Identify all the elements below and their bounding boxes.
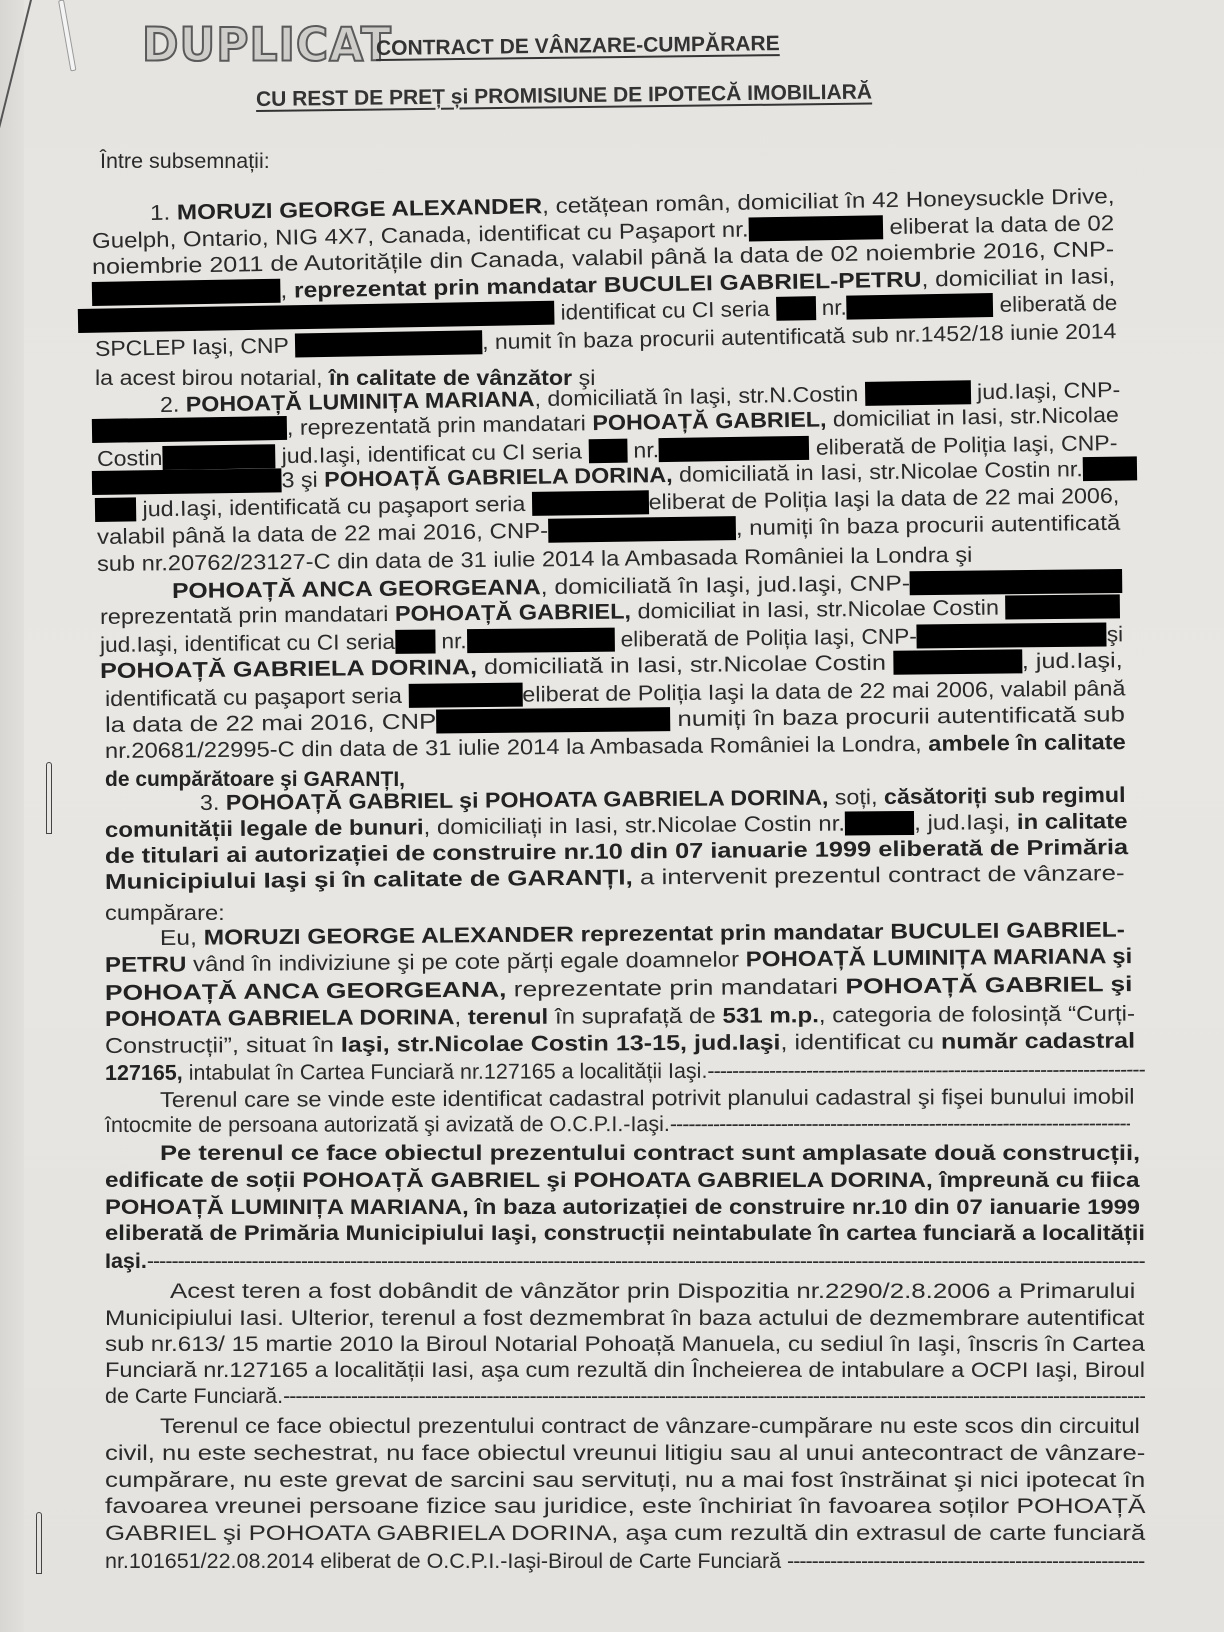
bold-text: PETRU	[105, 952, 187, 977]
text: eliberat de Poliția Iaşi la data de 22 m…	[648, 484, 1119, 515]
text: identificat cu CI seria	[554, 297, 776, 325]
contract-line: Municipiului Iasi. Ulterior, terenul a f…	[105, 1305, 1144, 1331]
text: Funciară nr.127165 a localității Iasi, a…	[105, 1358, 1145, 1382]
text: ,	[454, 1005, 468, 1029]
text: de Carte Funciară.	[105, 1384, 283, 1408]
contract-line: Funciară nr.127165 a localității Iasi, a…	[105, 1357, 1145, 1383]
redaction-box	[162, 444, 275, 470]
duplicate-stamp: DUPLICAT	[142, 19, 392, 73]
bold-text: POHOAȚĂ ANCA GEORGEANA,	[105, 977, 507, 1005]
text: , domiciliați in Iasi, str.Nicolae Costi…	[424, 812, 846, 840]
text: domiciliat in Iasi, str.Nicolae Costin	[631, 596, 1006, 624]
text: Construcții”, situat în	[105, 1033, 341, 1058]
redaction-box	[776, 296, 816, 321]
contract-line: eliberată de Primăria Municipiului Iaşi,…	[105, 1220, 1145, 1246]
redaction-box	[532, 490, 649, 516]
text: la data de 22 mai 2016, CNP	[105, 710, 437, 737]
redaction-box	[92, 416, 287, 443]
bold-text: POHOAȚĂ GABRIELA DORINA,	[324, 463, 673, 492]
contract-line: civil, nu este sechestrat, nu face obiec…	[105, 1440, 1145, 1466]
bold-text: POHOAȚĂ GABRIEL,	[592, 407, 826, 435]
text: civil, nu este sechestrat, nu face obiec…	[105, 1441, 1145, 1465]
text: a intervenit prezentul contract de vânza…	[633, 861, 1125, 889]
redaction-box	[95, 497, 136, 522]
dash-filler: ----------------------------------------…	[787, 1548, 1145, 1574]
text: 1.	[150, 201, 177, 225]
text: , identificat cu	[780, 1030, 941, 1055]
redaction-box	[408, 683, 522, 708]
redaction-box	[92, 279, 281, 306]
text: întocmite de persoana autorizată şi aviz…	[105, 1112, 670, 1137]
bold-text: POHOAȚĂ GABRIELA DORINA,	[100, 655, 477, 683]
contract-line: întocmite de persoana autorizată şi aviz…	[105, 1110, 1130, 1138]
contract-line: Pe terenul ce face obiectul prezentului …	[160, 1140, 1140, 1166]
bold-text: POHOAȚĂ GABRIEL şi	[845, 972, 1132, 999]
contract-line: sub nr.613/ 15 martie 2010 la Biroul Not…	[105, 1331, 1145, 1357]
text: reprezentate prin mandatari	[506, 975, 845, 1002]
text: eliberat la data de 02	[883, 211, 1115, 239]
dash-filler: ----------------------------------------…	[707, 1056, 1145, 1084]
dash-filler: ----------------------------------------…	[670, 1110, 1130, 1137]
redaction-box	[588, 439, 627, 464]
text: soți,	[828, 785, 884, 809]
margin-pen-mark	[36, 1512, 42, 1574]
text: nr.101651/22.08.2014 eliberat de O.C.P.I…	[105, 1549, 787, 1573]
contract-line: edificate de soții POHOAȚĂ GABRIEL şi PO…	[105, 1167, 1139, 1193]
bold-text: Iaşi, str.Nicolae Costin 13-15, jud.Iaşi	[341, 1030, 781, 1056]
text: eliberată de Poliția Iaşi, CNP-	[614, 624, 917, 651]
contract-line: POHOAȚĂ LUMINIȚA MARIANA, în baza autori…	[105, 1194, 1140, 1220]
redaction-box	[845, 811, 914, 836]
contract-line: GABRIEL şi POHOATA GABRIELA DORINA, aşa …	[105, 1520, 1145, 1546]
redaction-box	[659, 436, 810, 462]
redaction-box	[1005, 594, 1120, 619]
text: valabil până la data de 22 mai 2016, CNP…	[97, 519, 549, 549]
text: nr.	[435, 629, 467, 653]
contract-line: Iaşi.-----------------------------------…	[105, 1248, 1145, 1274]
contract-line: POHOATA GABRIELA DORINA, terenul în supr…	[105, 1001, 1135, 1032]
bold-text: POHOAȚĂ GABRIEL şi POHOATA GABRIELA DORI…	[226, 786, 829, 815]
text: intabulat în Cartea Funciară nr.127165 a…	[183, 1059, 708, 1085]
text: şi	[1107, 622, 1124, 646]
text: , reprezentată prin mandatari	[287, 411, 593, 440]
bold-text: Pe terenul ce face obiectul prezentului …	[160, 1141, 1140, 1165]
bold-text: POHOAȚĂ GABRIEL,	[395, 599, 631, 625]
bold-text: in calitate	[1017, 809, 1128, 834]
dash-filler: ----------------------------------------…	[283, 1383, 1145, 1409]
bold-text: număr cadastral	[941, 1029, 1135, 1054]
text: identificată cu paşaport seria	[105, 684, 409, 711]
redaction-box	[548, 516, 736, 543]
text: Terenul ce face obiectul prezentului con…	[160, 1414, 1140, 1438]
text: jud.Iaşi, CNP-	[970, 378, 1120, 404]
text: reprezentată prin mandatari	[100, 602, 395, 629]
bold-text: Municipiului Iaşi şi în calitate de GARA…	[105, 865, 633, 894]
text: domiciliat in Iasi, str.Nicolae	[826, 403, 1119, 432]
text: favoarea vreunei persoane fizice sau jur…	[105, 1494, 1145, 1518]
intro-text: Între subsemnații:	[100, 148, 270, 174]
bold-text: POHOAȚĂ ANCA GEORGEANA	[172, 575, 541, 603]
contract-line: Acest teren a fost dobândit de vânzător …	[170, 1278, 1135, 1304]
bold-text: POHOAȚĂ LUMINIȚA MARIANA şi	[746, 944, 1133, 971]
contract-line: nr.101651/22.08.2014 eliberat de O.C.P.I…	[105, 1548, 1145, 1574]
text: , domiciliat in Iasi,	[921, 264, 1115, 291]
redaction-box	[436, 707, 670, 733]
text: numiți în baza procurii autentificată su…	[670, 702, 1125, 731]
contract-line: cumpărare:	[105, 900, 225, 926]
text: GABRIEL şi POHOATA GABRIELA DORINA, aşa …	[105, 1521, 1145, 1545]
contract-line: favoarea vreunei persoane fizice sau jur…	[105, 1493, 1145, 1519]
bold-text: comunității legale de bunuri	[105, 815, 424, 842]
bold-text: căsătoriți sub regimul	[884, 783, 1126, 809]
redaction-box	[1083, 456, 1137, 481]
bold-text: Iaşi.	[105, 1249, 147, 1273]
text: SPCLEP Iaşi, CNP	[95, 334, 295, 361]
text: Municipiului Iasi. Ulterior, terenul a f…	[105, 1306, 1144, 1330]
text: în suprafață de	[548, 1004, 722, 1029]
redaction-box	[865, 380, 971, 406]
text: Terenul care se vinde este identificat c…	[160, 1085, 1135, 1112]
text: ,	[280, 278, 294, 302]
text: Eu,	[160, 926, 204, 950]
bold-text: MORUZI GEORGE ALEXANDER	[177, 194, 543, 224]
bold-text: edificate de soții POHOAȚĂ GABRIEL şi PO…	[105, 1168, 1139, 1192]
redaction-box	[748, 215, 883, 241]
margin-pen-mark	[46, 762, 52, 834]
contract-line: Terenul ce face obiectul prezentului con…	[160, 1413, 1140, 1439]
contract-line: cumpărare, nu este grevat de sarcini sau…	[105, 1467, 1145, 1493]
redaction-box	[295, 330, 483, 357]
text: la acest birou notarial,	[95, 366, 329, 390]
bold-text: eliberată de Primăria Municipiului Iaşi,…	[105, 1221, 1145, 1245]
redaction-box	[466, 628, 614, 654]
text: , jud.Iaşi,	[914, 810, 1017, 835]
text: vând în indiviziune şi pe cote părți ega…	[186, 947, 746, 976]
bold-text: POHOATA GABRIELA DORINA	[105, 1005, 455, 1031]
text: jud.Iaşi, identificată cu paşaport seria	[136, 492, 532, 522]
text: nr.	[627, 438, 659, 463]
text: domiciliată in Iasi, str.Nicolae Costin	[477, 651, 893, 679]
text: , domiciliată în Iaşi, jud.Iaşi, CNP-	[541, 571, 911, 599]
contract-line: 127165, intabulat în Cartea Funciară nr.…	[105, 1056, 1145, 1086]
text: domiciliată in Iasi, str.Nicolae Costin …	[672, 457, 1083, 487]
text: 3 şi	[281, 468, 324, 493]
text: Costin	[97, 446, 163, 471]
text: cumpărare, nu este grevat de sarcini sau…	[105, 1468, 1145, 1492]
dash-filler: ----------------------------------------…	[147, 1248, 1145, 1274]
redaction-box	[92, 468, 282, 495]
redaction-box	[917, 622, 1107, 648]
text: , categoria de folosință “Curți-	[819, 1002, 1135, 1028]
bold-text: de cumpărătoare şi GARANȚI,	[105, 767, 405, 791]
page-edge	[0, 0, 24, 1632]
redaction-box	[395, 629, 435, 653]
contract-line: Terenul care se vinde este identificat c…	[160, 1084, 1135, 1113]
text: , numiți în baza procurii autentificată	[736, 511, 1121, 540]
redaction-box	[893, 649, 1022, 674]
text: 3.	[200, 791, 226, 815]
bold-text: ambele în calitate	[928, 730, 1126, 756]
bold-text: POHOAȚĂ LUMINIȚA MARIANA, în baza autori…	[105, 1195, 1140, 1219]
text: nr.	[815, 296, 847, 321]
redaction-box	[847, 293, 994, 320]
text: , jud.Iaşi,	[1022, 648, 1123, 673]
text: cumpărare:	[105, 901, 225, 925]
contract-line: de Carte Funciară.----------------------…	[105, 1383, 1145, 1409]
text: sub nr.613/ 15 martie 2010 la Biroul Not…	[105, 1332, 1145, 1356]
bold-text: terenul	[468, 1005, 548, 1029]
bold-text: 127165,	[105, 1061, 183, 1085]
contract-line: Construcții”, situat în Iaşi, str.Nicola…	[105, 1028, 1135, 1059]
text: Acest teren a fost dobândit de vânzător …	[170, 1279, 1135, 1303]
bold-text: 531 m.p.	[722, 1003, 819, 1028]
text: eliberată de	[993, 291, 1117, 317]
contract-title: CONTRACT DE VÂNZARE-CUMPĂRARE	[376, 32, 780, 61]
redaction-box	[910, 569, 1123, 595]
text: 2.	[160, 393, 186, 417]
text: jud.Iaşi, identificat cu CI seria	[100, 630, 395, 657]
